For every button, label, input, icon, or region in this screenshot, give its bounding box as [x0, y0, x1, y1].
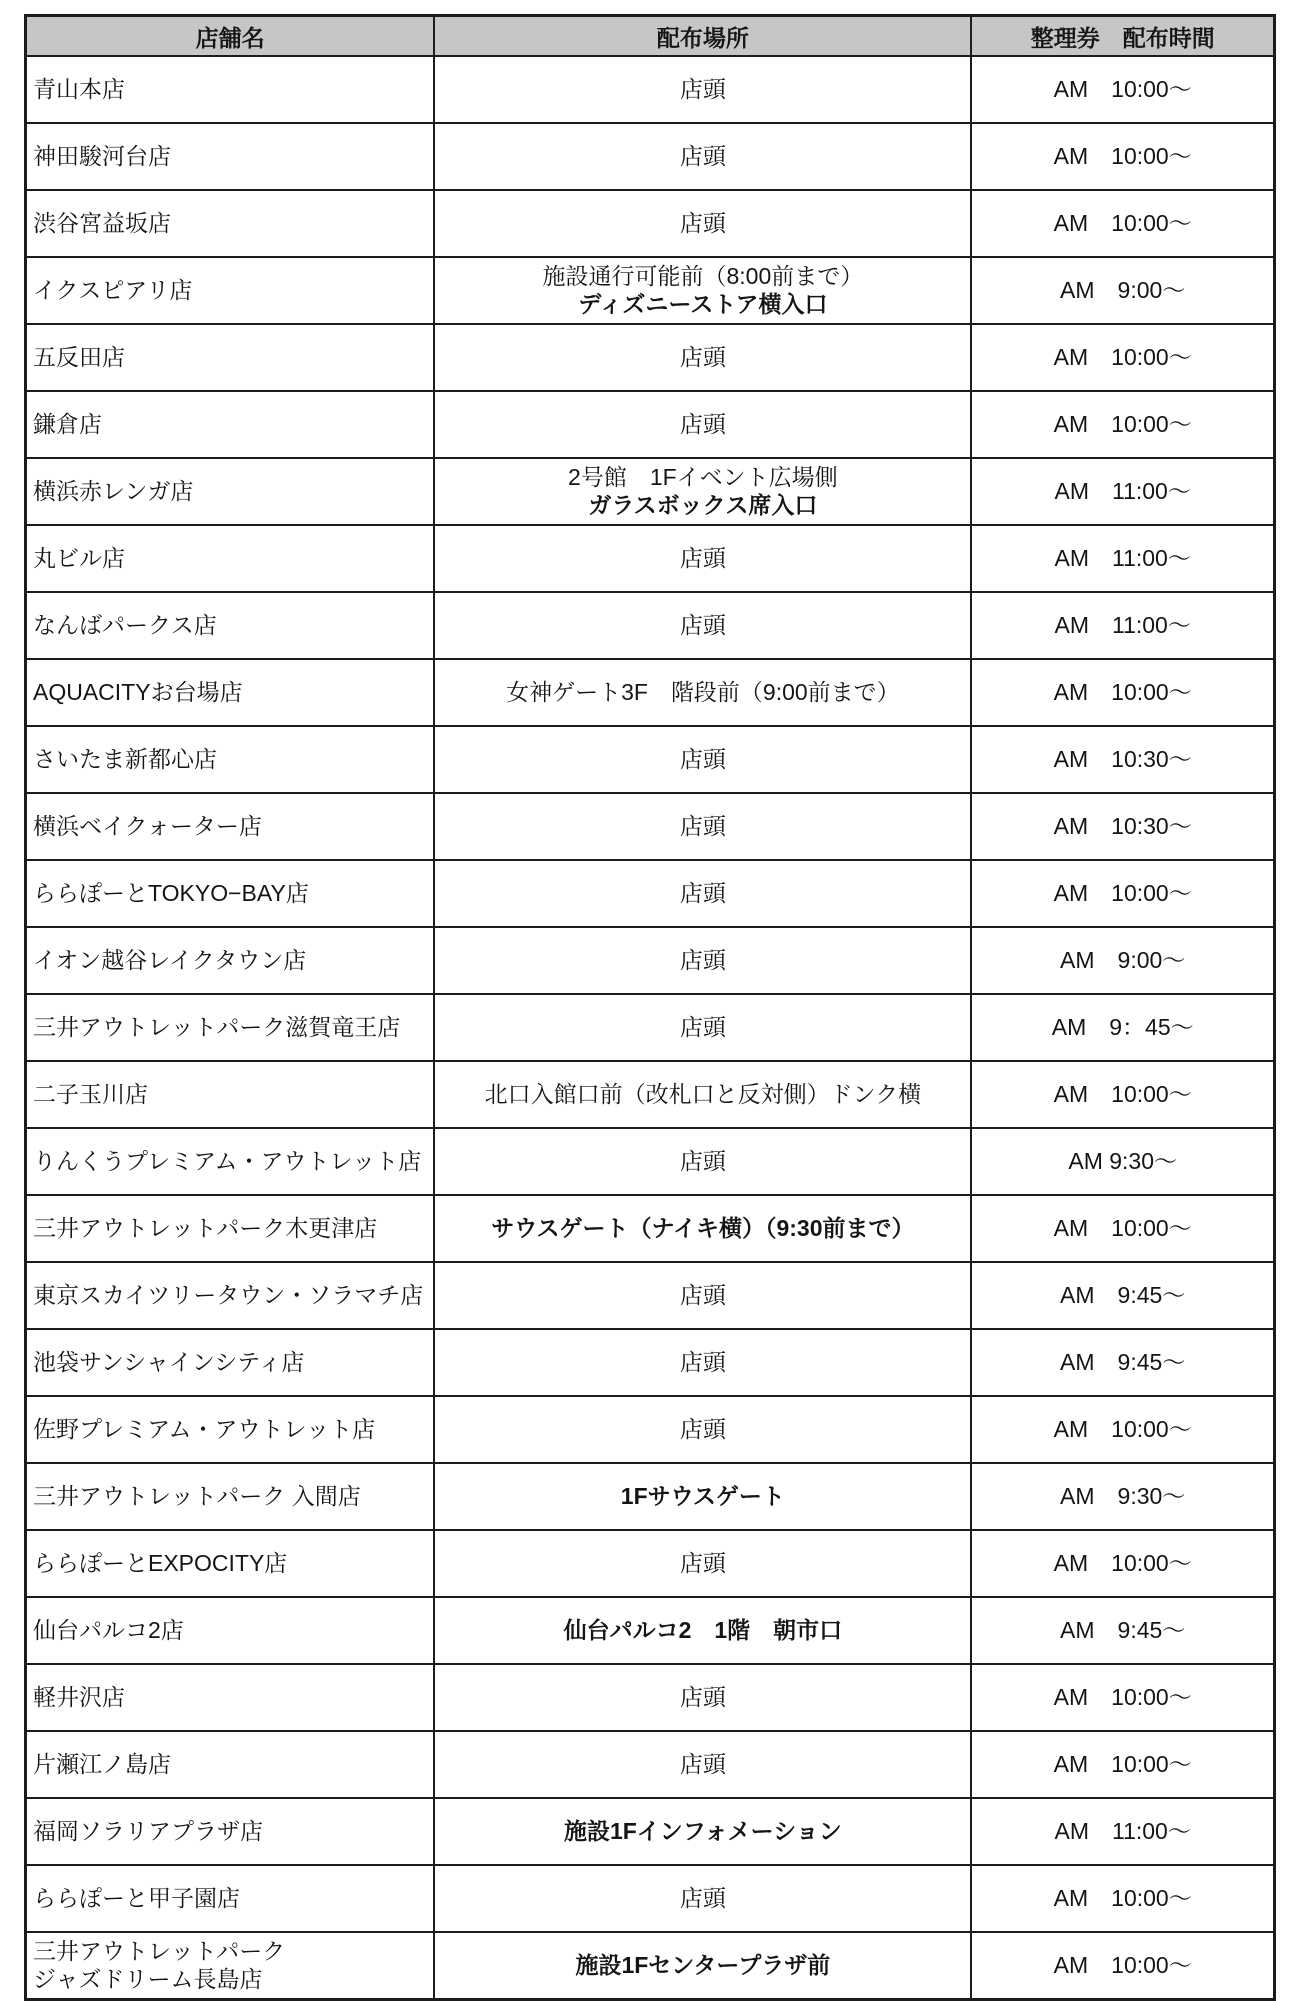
distribution-place-line: 2号館 1Fイベント広場側 [568, 464, 838, 490]
table-row: 渋谷宮益坂店店頭AM 10:00～ [26, 190, 1275, 257]
table-row: ららぽーと甲子園店店頭AM 10:00～ [26, 1865, 1275, 1932]
distribution-place-line: ディズニーストア横入口 [578, 291, 827, 317]
distribution-place-line: 店頭 [680, 1416, 726, 1442]
distribution-place-line: 店頭 [680, 411, 726, 437]
table-row: 神田駿河台店店頭AM 10:00～ [26, 123, 1275, 190]
store-name-line: ジャズドリーム長島店 [33, 1966, 263, 1992]
store-name-line: 鎌倉店 [33, 411, 102, 437]
distribution-place-cell: 店頭 [434, 391, 971, 458]
distribution-place-cell: 2号館 1Fイベント広場側ガラスボックス席入口 [434, 458, 971, 525]
store-name-cell: 三井アウトレットパーク 入間店 [26, 1463, 435, 1530]
distribution-place-line: 店頭 [680, 612, 726, 638]
ticket-time-cell: AM 9:30～ [971, 1463, 1274, 1530]
ticket-time-cell: AM 10:00～ [971, 1396, 1274, 1463]
store-name-line: 福岡ソラリアプラザ店 [33, 1818, 263, 1844]
distribution-place-cell: 店頭 [434, 860, 971, 927]
distribution-place-cell: 店頭 [434, 994, 971, 1061]
distribution-place-cell: 北口入館口前（改札口と反対側）ドンク横 [434, 1061, 971, 1128]
table-row: イオン越谷レイクタウン店店頭AM 9:00～ [26, 927, 1275, 994]
distribution-place-cell: 1Fサウスゲート [434, 1463, 971, 1530]
distribution-place-cell: サウスゲート（ナイキ横）（9:30前まで） [434, 1195, 971, 1262]
ticket-time-cell: AM 11:00～ [971, 525, 1274, 592]
store-name-line: イクスピアリ店 [33, 277, 192, 303]
store-name-cell: 五反田店 [26, 324, 435, 391]
store-name-cell: 丸ビル店 [26, 525, 435, 592]
table-row: 三井アウトレットパーク 入間店1FサウスゲートAM 9:30～ [26, 1463, 1275, 1530]
store-name-cell: 横浜赤レンガ店 [26, 458, 435, 525]
table-row: ららぽーとTOKYO−BAY店店頭AM 10:00～ [26, 860, 1275, 927]
ticket-time-cell: AM 10:00～ [971, 1731, 1274, 1798]
table-body: 青山本店店頭AM 10:00～神田駿河台店店頭AM 10:00～渋谷宮益坂店店頭… [26, 56, 1275, 2000]
distribution-place-line: 店頭 [680, 76, 726, 102]
table-row: 青山本店店頭AM 10:00～ [26, 56, 1275, 123]
store-name-line: 青山本店 [33, 76, 125, 102]
store-name-cell: 片瀬江ノ島店 [26, 1731, 435, 1798]
store-name-line: イオン越谷レイクタウン店 [33, 947, 306, 973]
distribution-place-cell: 店頭 [434, 1530, 971, 1597]
store-distribution-table: 店舗名 配布場所 整理券 配布時間 青山本店店頭AM 10:00～神田駿河台店店… [24, 14, 1276, 2001]
distribution-place-line: 店頭 [680, 746, 726, 772]
ticket-time-cell: AM 11:00～ [971, 1798, 1274, 1865]
ticket-time-cell: AM 10:00～ [971, 1530, 1274, 1597]
table-row: イクスピアリ店施設通行可能前（8:00前まで）ディズニーストア横入口AM 9:0… [26, 257, 1275, 324]
store-name-line: AQUACITYお台場店 [33, 679, 243, 705]
table-row: 三井アウトレットパーク木更津店サウスゲート（ナイキ横）（9:30前まで）AM 1… [26, 1195, 1275, 1262]
distribution-place-cell: 店頭 [434, 726, 971, 793]
distribution-place-line: ガラスボックス席入口 [588, 492, 817, 518]
table-row: さいたま新都心店店頭AM 10:30～ [26, 726, 1275, 793]
store-name-line: 軽井沢店 [33, 1684, 125, 1710]
store-name-line: 三井アウトレットパーク [33, 1938, 285, 1964]
ticket-time-cell: AM 10:00～ [971, 1061, 1274, 1128]
header-distribution-place: 配布場所 [434, 16, 971, 57]
distribution-place-cell: 店頭 [434, 324, 971, 391]
distribution-place-line: 店頭 [680, 344, 726, 370]
store-name-line: 五反田店 [33, 344, 125, 370]
distribution-place-cell: 店頭 [434, 592, 971, 659]
distribution-place-cell: 施設1Fセンタープラザ前 [434, 1932, 971, 2000]
store-name-cell: 渋谷宮益坂店 [26, 190, 435, 257]
store-name-cell: 神田駿河台店 [26, 123, 435, 190]
store-name-cell: 佐野プレミアム・アウトレット店 [26, 1396, 435, 1463]
distribution-place-line: 女神ゲート3F 階段前（9:00前まで） [506, 679, 900, 705]
store-name-line: ららぽーとEXPOCITY店 [33, 1550, 287, 1576]
table-row: りんくうプレミアム・アウトレット店店頭AM 9:30～ [26, 1128, 1275, 1195]
distribution-place-line: 店頭 [680, 1148, 726, 1174]
store-name-line: ららぽーとTOKYO−BAY店 [33, 880, 309, 906]
table-row: 鎌倉店店頭AM 10:00～ [26, 391, 1275, 458]
distribution-place-line: 店頭 [680, 210, 726, 236]
ticket-time-cell: AM 9:45～ [971, 1262, 1274, 1329]
store-name-line: 二子玉川店 [33, 1081, 148, 1107]
ticket-time-cell: AM 10:30～ [971, 793, 1274, 860]
store-name-line: 東京スカイツリータウン・ソラマチ店 [33, 1282, 423, 1308]
distribution-place-cell: 店頭 [434, 525, 971, 592]
distribution-place-line: 店頭 [680, 1751, 726, 1777]
table-row: 軽井沢店店頭AM 10:00～ [26, 1664, 1275, 1731]
header-ticket-time: 整理券 配布時間 [971, 16, 1274, 57]
ticket-time-cell: AM 10:00～ [971, 1865, 1274, 1932]
distribution-place-cell: 店頭 [434, 1731, 971, 1798]
ticket-time-cell: AM 10:00～ [971, 391, 1274, 458]
store-name-line: 渋谷宮益坂店 [33, 210, 171, 236]
table-row: ららぽーとEXPOCITY店店頭AM 10:00～ [26, 1530, 1275, 1597]
distribution-place-line: 店頭 [680, 1684, 726, 1710]
store-name-cell: ららぽーと甲子園店 [26, 1865, 435, 1932]
store-name-line: 三井アウトレットパーク 入間店 [33, 1483, 361, 1509]
page: 店舗名 配布場所 整理券 配布時間 青山本店店頭AM 10:00～神田駿河台店店… [0, 0, 1300, 1878]
distribution-place-line: 店頭 [680, 545, 726, 571]
ticket-time-cell: AM 10:00～ [971, 659, 1274, 726]
store-name-line: ららぽーと甲子園店 [33, 1885, 240, 1911]
table-row: 片瀬江ノ島店店頭AM 10:00～ [26, 1731, 1275, 1798]
store-name-cell: りんくうプレミアム・アウトレット店 [26, 1128, 435, 1195]
store-name-line: なんばパークス店 [33, 612, 217, 638]
distribution-place-cell: 店頭 [434, 793, 971, 860]
store-name-cell: 仙台パルコ2店 [26, 1597, 435, 1664]
distribution-place-cell: 店頭 [434, 56, 971, 123]
store-name-line: 横浜赤レンガ店 [33, 478, 193, 504]
distribution-place-line: 北口入館口前（改札口と反対側）ドンク横 [485, 1081, 922, 1107]
distribution-place-cell: 店頭 [434, 1396, 971, 1463]
store-name-cell: イクスピアリ店 [26, 257, 435, 324]
distribution-place-cell: 女神ゲート3F 階段前（9:00前まで） [434, 659, 971, 726]
store-name-cell: 鎌倉店 [26, 391, 435, 458]
store-name-cell: 三井アウトレットパーク木更津店 [26, 1195, 435, 1262]
store-name-cell: ららぽーとEXPOCITY店 [26, 1530, 435, 1597]
distribution-place-cell: 店頭 [434, 1128, 971, 1195]
store-name-line: 三井アウトレットパーク木更津店 [33, 1215, 377, 1241]
store-name-cell: 横浜ベイクォーター店 [26, 793, 435, 860]
table-row: 三井アウトレットパークジャズドリーム長島店施設1Fセンタープラザ前AM 10:0… [26, 1932, 1275, 2000]
table-row: 仙台パルコ2店仙台パルコ2 1階 朝市口AM 9:45～ [26, 1597, 1275, 1664]
ticket-time-cell: AM 11:00～ [971, 458, 1274, 525]
ticket-time-cell: AM 10:00～ [971, 324, 1274, 391]
store-name-line: りんくうプレミアム・アウトレット店 [33, 1148, 421, 1174]
ticket-time-cell: AM 10:00～ [971, 1664, 1274, 1731]
distribution-place-cell: 仙台パルコ2 1階 朝市口 [434, 1597, 971, 1664]
distribution-place-line: サウスゲート（ナイキ横）（9:30前まで） [491, 1215, 914, 1241]
distribution-place-line: 店頭 [680, 1282, 726, 1308]
store-name-cell: なんばパークス店 [26, 592, 435, 659]
ticket-time-cell: AM 9:00～ [971, 257, 1274, 324]
store-name-cell: 福岡ソラリアプラザ店 [26, 1798, 435, 1865]
ticket-time-cell: AM 10:00～ [971, 56, 1274, 123]
distribution-place-line: 店頭 [680, 1349, 726, 1375]
ticket-time-cell: AM 10:00～ [971, 190, 1274, 257]
store-name-line: 三井アウトレットパーク滋賀竜王店 [33, 1014, 400, 1040]
store-name-line: 池袋サンシャインシティ店 [33, 1349, 304, 1375]
header-row: 店舗名 配布場所 整理券 配布時間 [26, 16, 1275, 57]
table-row: 東京スカイツリータウン・ソラマチ店店頭AM 9:45～ [26, 1262, 1275, 1329]
ticket-time-cell: AM 9:30～ [971, 1128, 1274, 1195]
ticket-time-cell: AM 10:00～ [971, 1932, 1274, 2000]
store-name-cell: 東京スカイツリータウン・ソラマチ店 [26, 1262, 435, 1329]
store-name-cell: AQUACITYお台場店 [26, 659, 435, 726]
table-row: 二子玉川店北口入館口前（改札口と反対側）ドンク横AM 10:00～ [26, 1061, 1275, 1128]
store-name-cell: 青山本店 [26, 56, 435, 123]
distribution-place-line: 施設1Fインフォメーション [564, 1818, 842, 1844]
ticket-time-cell: AM 9:45～ [971, 1329, 1274, 1396]
distribution-place-cell: 店頭 [434, 123, 971, 190]
table-row: 丸ビル店店頭AM 11:00～ [26, 525, 1275, 592]
table-header: 店舗名 配布場所 整理券 配布時間 [26, 16, 1275, 57]
store-name-cell: 三井アウトレットパーク滋賀竜王店 [26, 994, 435, 1061]
distribution-place-line: 施設通行可能前（8:00前まで） [542, 263, 863, 289]
store-name-line: 片瀬江ノ島店 [33, 1751, 171, 1777]
store-name-line: 佐野プレミアム・アウトレット店 [33, 1416, 375, 1442]
distribution-place-line: 店頭 [680, 143, 726, 169]
store-name-cell: 二子玉川店 [26, 1061, 435, 1128]
store-name-cell: さいたま新都心店 [26, 726, 435, 793]
store-name-cell: 軽井沢店 [26, 1664, 435, 1731]
table-row: 五反田店店頭AM 10:00～ [26, 324, 1275, 391]
table-row: 福岡ソラリアプラザ店施設1FインフォメーションAM 11:00～ [26, 1798, 1275, 1865]
distribution-place-cell: 店頭 [434, 1262, 971, 1329]
store-name-cell: 三井アウトレットパークジャズドリーム長島店 [26, 1932, 435, 2000]
distribution-place-line: 店頭 [680, 1014, 726, 1040]
distribution-place-cell: 店頭 [434, 927, 971, 994]
table-row: なんばパークス店店頭AM 11:00～ [26, 592, 1275, 659]
table-row: 横浜赤レンガ店2号館 1Fイベント広場側ガラスボックス席入口AM 11:00～ [26, 458, 1275, 525]
table-row: 三井アウトレットパーク滋賀竜王店店頭AM 9：45～ [26, 994, 1275, 1061]
distribution-place-line: 店頭 [680, 947, 726, 973]
distribution-place-line: 1Fサウスゲート [621, 1483, 785, 1509]
distribution-place-line: 施設1Fセンタープラザ前 [575, 1952, 830, 1978]
store-name-line: 仙台パルコ2店 [33, 1617, 184, 1643]
distribution-place-line: 店頭 [680, 1885, 726, 1911]
header-store-name: 店舗名 [26, 16, 435, 57]
table-row: 佐野プレミアム・アウトレット店店頭AM 10:00～ [26, 1396, 1275, 1463]
distribution-place-line: 仙台パルコ2 1階 朝市口 [564, 1617, 843, 1643]
ticket-time-cell: AM 10:00～ [971, 1195, 1274, 1262]
table-row: AQUACITYお台場店女神ゲート3F 階段前（9:00前まで）AM 10:00… [26, 659, 1275, 726]
distribution-place-cell: 店頭 [434, 1664, 971, 1731]
table-row: 横浜ベイクォーター店店頭AM 10:30～ [26, 793, 1275, 860]
ticket-time-cell: AM 9：45～ [971, 994, 1274, 1061]
distribution-place-line: 店頭 [680, 880, 726, 906]
distribution-place-line: 店頭 [680, 1550, 726, 1576]
distribution-place-cell: 店頭 [434, 190, 971, 257]
distribution-place-cell: 施設1Fインフォメーション [434, 1798, 971, 1865]
store-name-cell: イオン越谷レイクタウン店 [26, 927, 435, 994]
store-name-line: 横浜ベイクォーター店 [33, 813, 262, 839]
store-name-cell: ららぽーとTOKYO−BAY店 [26, 860, 435, 927]
distribution-place-cell: 店頭 [434, 1865, 971, 1932]
store-name-line: 神田駿河台店 [33, 143, 171, 169]
distribution-place-cell: 施設通行可能前（8:00前まで）ディズニーストア横入口 [434, 257, 971, 324]
store-name-line: さいたま新都心店 [33, 746, 217, 772]
ticket-time-cell: AM 10:30～ [971, 726, 1274, 793]
store-name-cell: 池袋サンシャインシティ店 [26, 1329, 435, 1396]
ticket-time-cell: AM 9:00～ [971, 927, 1274, 994]
ticket-time-cell: AM 9:45～ [971, 1597, 1274, 1664]
ticket-time-cell: AM 11:00～ [971, 592, 1274, 659]
store-name-line: 丸ビル店 [33, 545, 125, 571]
ticket-time-cell: AM 10:00～ [971, 860, 1274, 927]
distribution-place-cell: 店頭 [434, 1329, 971, 1396]
ticket-time-cell: AM 10:00～ [971, 123, 1274, 190]
table-row: 池袋サンシャインシティ店店頭AM 9:45～ [26, 1329, 1275, 1396]
distribution-place-line: 店頭 [680, 813, 726, 839]
